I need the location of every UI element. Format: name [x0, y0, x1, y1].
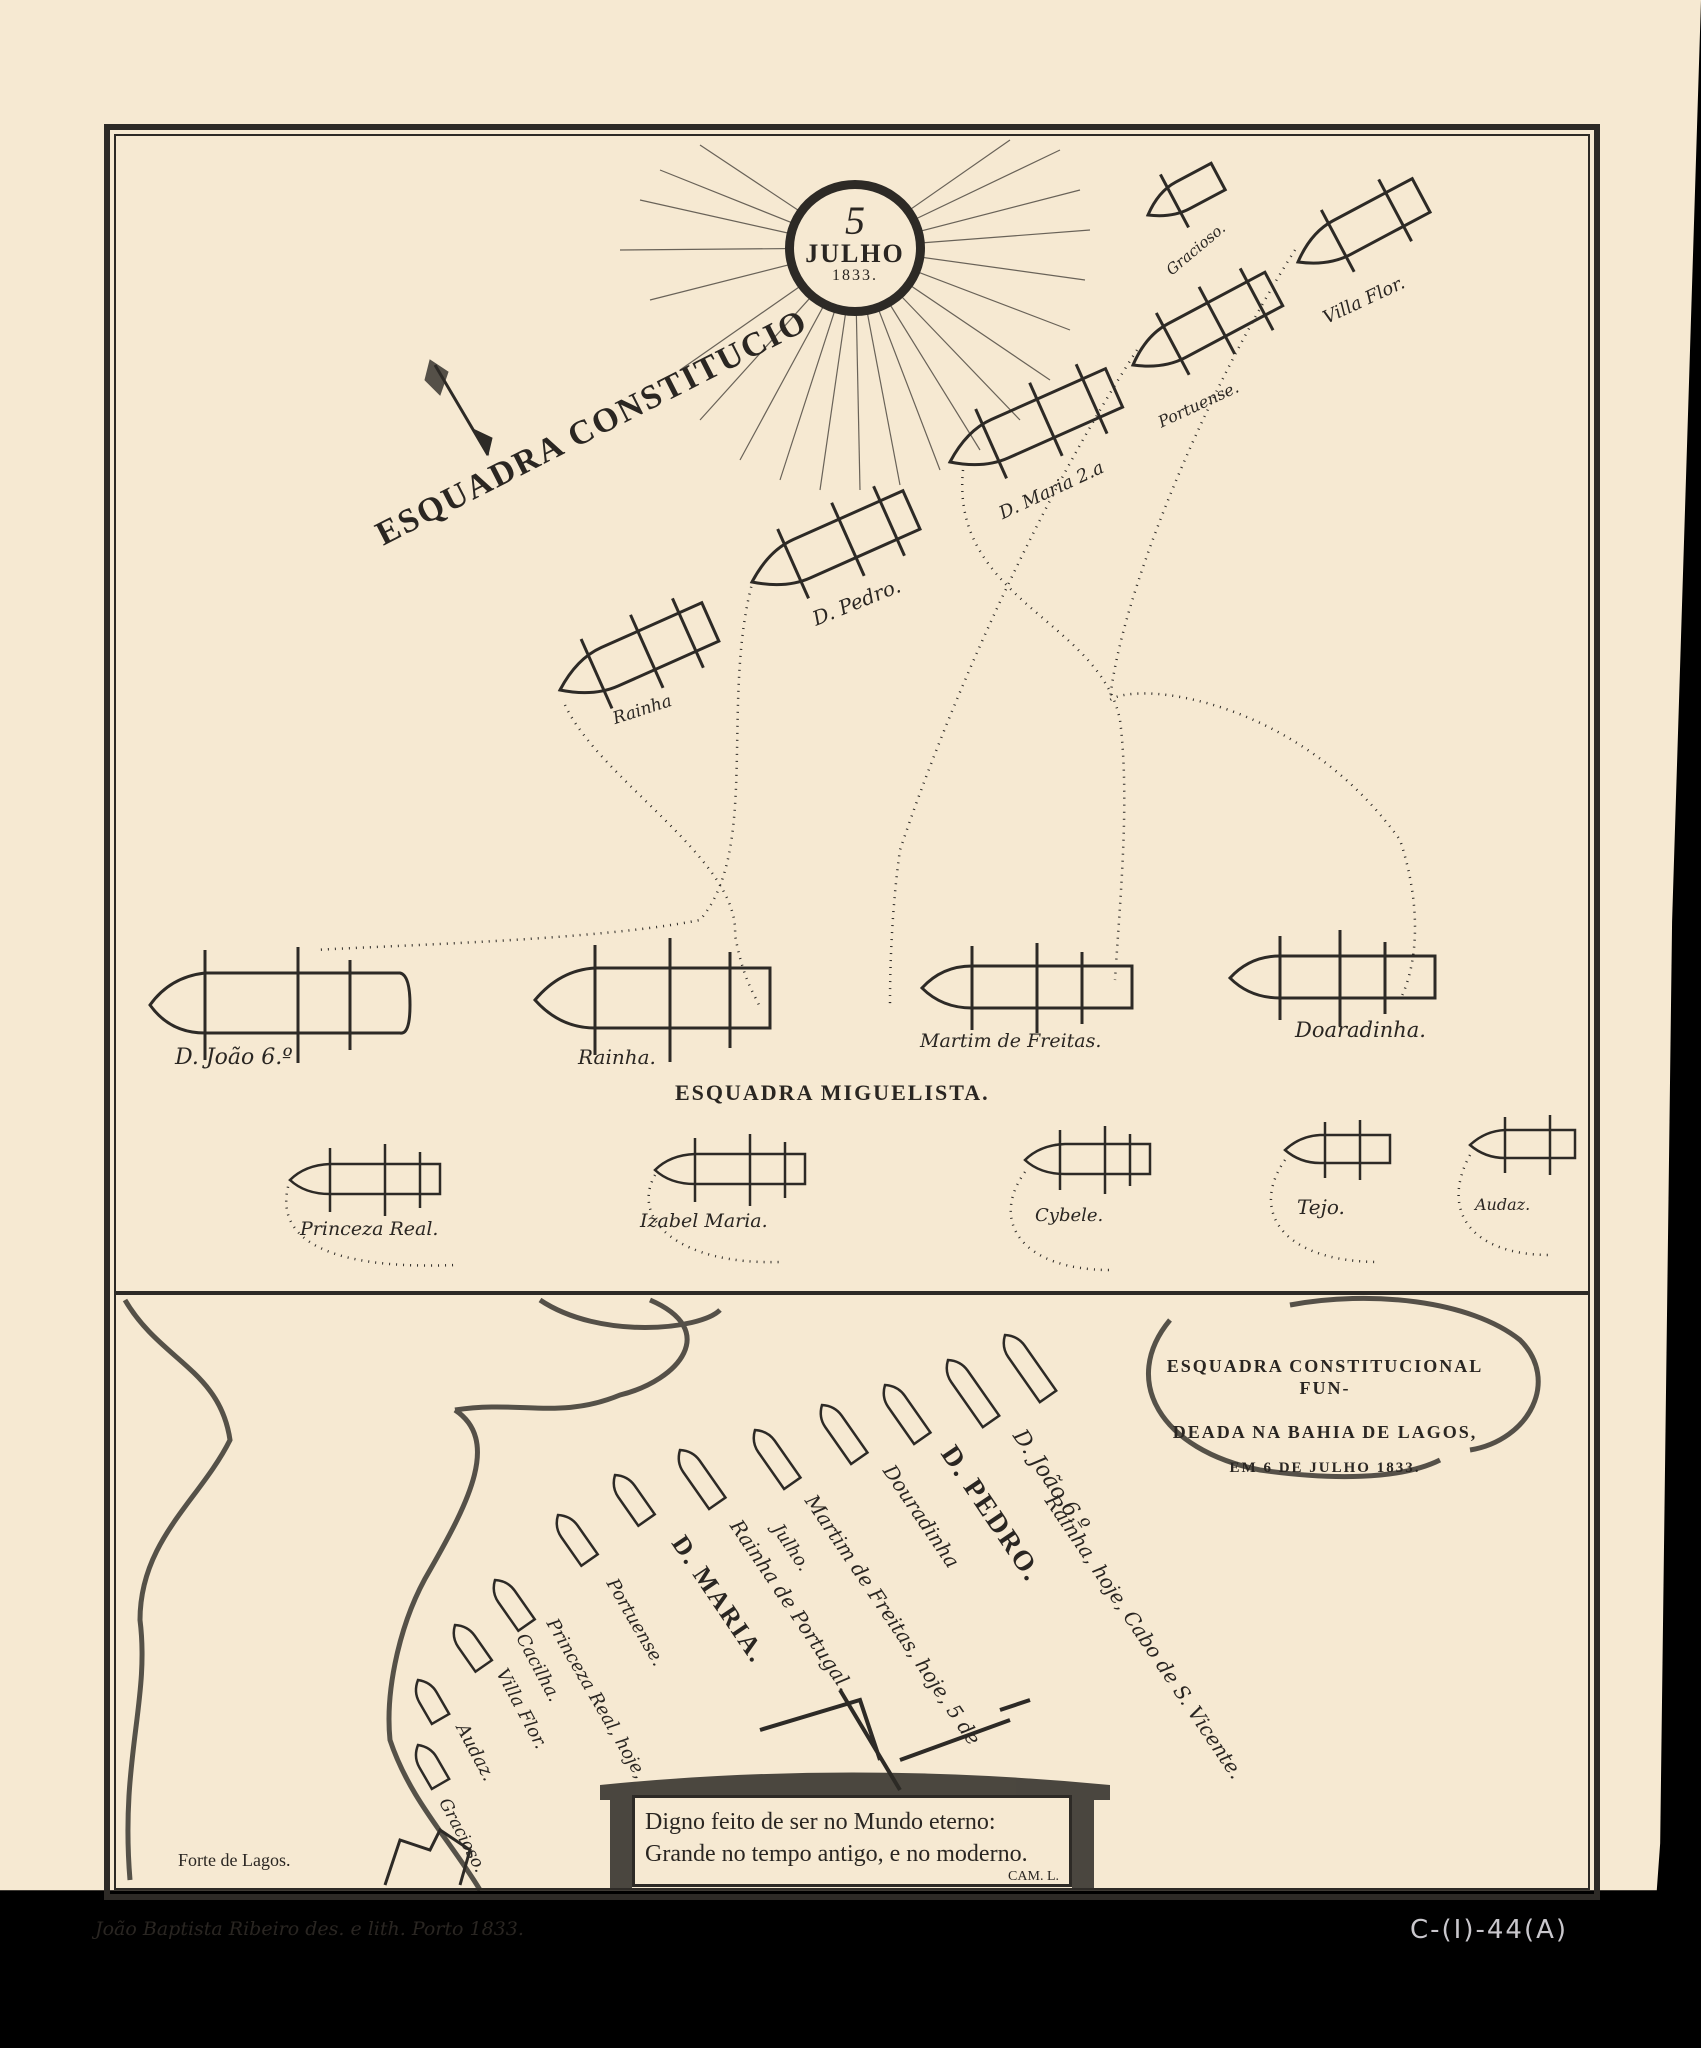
quote-line1: Digno feito de ser no Mundo eterno:	[645, 1806, 1059, 1838]
date-badge: 5 JULHO 1833.	[785, 180, 925, 316]
quote-attribution: CAM. L.	[645, 1870, 1059, 1884]
fort-label: Forte de Lagos.	[178, 1850, 290, 1871]
catalog-stamp: C-(I)-44(A)	[1410, 1915, 1568, 1945]
ship-label-doaradinha: Doaradinha.	[1295, 1018, 1426, 1042]
ship-label-audaz: Audaz.	[1475, 1195, 1530, 1214]
ship-label-tejo: Tejo.	[1297, 1195, 1345, 1219]
track-lines	[286, 250, 1550, 1270]
ship-label-rainha-m: Rainha.	[578, 1045, 656, 1069]
cartouche: ESQUADRA CONSTITUCIONAL FUN- DEADA NA BA…	[1160, 1300, 1490, 1500]
ship-label-princeza-real: Princeza Real.	[300, 1218, 438, 1240]
cartouche-line2: DEADA NA BAHIA DE LAGOS,	[1160, 1421, 1490, 1443]
date-year: 1833.	[794, 267, 916, 285]
quote-line2: Grande no tempo antigo, e no moderno.	[645, 1838, 1059, 1870]
north-arrow-icon	[425, 360, 492, 455]
date-day: 5	[794, 201, 916, 241]
ship-label-d-joao: D. João 6.º	[175, 1045, 293, 1070]
imprint: João Baptista Ribeiro des. e lith. Porto…	[95, 1918, 524, 1940]
miguelist-ships-row2	[290, 1115, 1575, 1216]
cartouche-line3: EM 6 DE JULHO 1833.	[1160, 1457, 1490, 1479]
ship-label-cybele: Cybele.	[1035, 1205, 1103, 1226]
cartouche-line1: ESQUADRA CONSTITUCIONAL FUN-	[1160, 1355, 1490, 1399]
quote-box: Digno feito de ser no Mundo eterno: Gran…	[632, 1795, 1072, 1887]
lower-squadron-title: ESQUADRA MIGUELISTA.	[675, 1080, 990, 1106]
ship-label-martim-de-freitas: Martim de Freitas.	[920, 1030, 1101, 1052]
ship-label-izabel-maria: Izabel Maria.	[640, 1210, 768, 1232]
miguelist-ships-row1	[150, 930, 1435, 1063]
date-month: JULHO	[794, 241, 916, 267]
